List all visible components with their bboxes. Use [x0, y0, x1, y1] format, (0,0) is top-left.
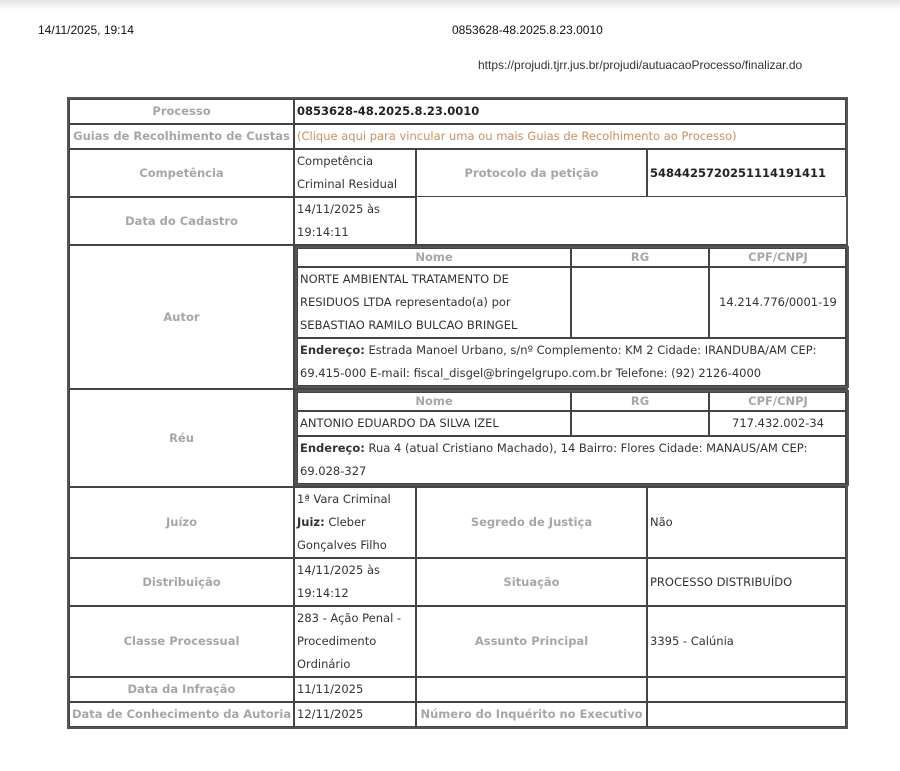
row-cadastro: Data do Cadastro 14/11/2025 às 19:14:11	[69, 197, 846, 245]
reu-name: ANTONIO EDUARDO DA SILVA IZEL	[297, 411, 571, 436]
reu-header-nome: Nome	[297, 392, 571, 411]
competencia-label: Competência	[69, 149, 294, 197]
distribuicao-label: Distribuição	[69, 558, 294, 606]
row-juizo: Juízo 1ª Vara Criminal Juiz: Cleber Gonç…	[69, 487, 846, 558]
situacao-value: PROCESSO DISTRIBUÍDO	[647, 558, 846, 606]
infracao-label: Data da Infração	[69, 677, 294, 702]
autor-label: Autor	[69, 245, 294, 389]
guias-label: Guias de Recolhimento de Custas	[69, 124, 294, 149]
autor-address: Endereço: Estrada Manoel Urbano, s/nº Co…	[297, 338, 847, 386]
reu-header-rg: RG	[571, 392, 709, 411]
inquerito-label: Número do Inquérito no Executivo	[416, 702, 647, 727]
situacao-label: Situação	[416, 558, 647, 606]
print-url: https://projudi.tjrr.jus.br/projudi/autu…	[478, 58, 802, 72]
juizo-value: 1ª Vara Criminal Juiz: Cleber Gonçalves …	[294, 487, 416, 558]
juizo-juiz: Juiz: Cleber Gonçalves Filho	[297, 511, 413, 557]
autor-parties: Nome RG CPF/CNPJ NORTE AMBIENTAL TRATAME…	[294, 245, 846, 389]
processo-label: Processo	[69, 99, 294, 124]
autor-header-cpf: CPF/CNPJ	[709, 248, 847, 267]
print-datetime: 14/11/2025, 19:14	[38, 23, 134, 37]
guias-link[interactable]: (Clique aqui para vincular uma ou mais G…	[294, 124, 846, 149]
reu-address-label: Endereço:	[300, 441, 365, 455]
autor-address-label: Endereço:	[300, 343, 365, 357]
row-autor: Autor Nome RG CPF/CNPJ NORTE AMBIENTAL T…	[69, 245, 846, 389]
row-competencia: Competência Competência Criminal Residua…	[69, 149, 846, 197]
infracao-empty-1	[416, 677, 647, 702]
row-reu: Réu Nome RG CPF/CNPJ ANTONIO EDUARDO DA …	[69, 389, 846, 487]
autor-address-text: Estrada Manoel Urbano, s/nº Complemento:…	[300, 343, 817, 380]
inquerito-value	[647, 702, 846, 727]
reu-label: Réu	[69, 389, 294, 487]
print-document-title: 0853628-48.2025.8.23.0010	[452, 23, 603, 37]
reu-header-cpf: CPF/CNPJ	[709, 392, 847, 411]
reu-address: Endereço: Rua 4 (atual Cristiano Machado…	[297, 436, 847, 484]
autor-party-table: Nome RG CPF/CNPJ NORTE AMBIENTAL TRATAME…	[295, 246, 849, 388]
autor-rg	[571, 267, 709, 338]
assunto-value: 3395 - Calúnia	[647, 606, 846, 677]
cadastro-label: Data do Cadastro	[69, 197, 294, 245]
classe-label: Classe Processual	[69, 606, 294, 677]
reu-address-text: Rua 4 (atual Cristiano Machado), 14 Bair…	[300, 441, 808, 478]
segredo-value: Não	[647, 487, 846, 558]
cadastro-value: 14/11/2025 às 19:14:11	[294, 197, 416, 245]
competencia-value: Competência Criminal Residual	[294, 149, 416, 197]
row-classe: Classe Processual 283 - Ação Penal - Pro…	[69, 606, 846, 677]
reu-party-table: Nome RG CPF/CNPJ ANTONIO EDUARDO DA SILV…	[295, 390, 849, 486]
autor-name-line2: RESIDUOS LTDA representado(a) por	[300, 291, 568, 314]
infracao-empty-2	[647, 677, 846, 702]
row-guias: Guias de Recolhimento de Custas (Clique …	[69, 124, 846, 149]
autoria-value: 12/11/2025	[294, 702, 416, 727]
row-autoria: Data de Conhecimento da Autoria 12/11/20…	[69, 702, 846, 727]
competencia-value-line1: Competência	[297, 150, 413, 173]
cadastro-value-line1: 14/11/2025 às	[297, 198, 413, 221]
juizo-label: Juízo	[69, 487, 294, 558]
autor-name-line1: NORTE AMBIENTAL TRATAMENTO DE	[300, 268, 568, 291]
reu-parties: Nome RG CPF/CNPJ ANTONIO EDUARDO DA SILV…	[294, 389, 846, 487]
infracao-value: 11/11/2025	[294, 677, 416, 702]
distribuicao-value-line1: 14/11/2025 às	[297, 559, 413, 582]
distribuicao-value: 14/11/2025 às 19:14:12	[294, 558, 416, 606]
juiz-label: Juiz:	[297, 515, 325, 529]
cadastro-value-line2: 19:14:11	[297, 221, 413, 244]
protocolo-label: Protocolo da petição	[416, 149, 647, 197]
segredo-label: Segredo de Justiça	[416, 487, 647, 558]
processo-value: 0853628-48.2025.8.23.0010	[294, 99, 846, 124]
autor-header-nome: Nome	[297, 248, 571, 267]
autor-cpf-cnpj: 14.214.776/0001-19	[709, 267, 847, 338]
assunto-label: Assunto Principal	[416, 606, 647, 677]
process-details-table: Processo 0853628-48.2025.8.23.0010 Guias…	[67, 97, 848, 729]
cadastro-empty	[416, 197, 846, 245]
reu-rg	[571, 411, 709, 436]
juizo-vara: 1ª Vara Criminal	[297, 488, 413, 511]
autor-name: NORTE AMBIENTAL TRATAMENTO DE RESIDUOS L…	[297, 267, 571, 338]
row-infracao: Data da Infração 11/11/2025	[69, 677, 846, 702]
row-processo: Processo 0853628-48.2025.8.23.0010	[69, 99, 846, 124]
protocolo-value: 548442572025111419141​1	[647, 149, 846, 197]
top-shade	[0, 0, 900, 10]
row-distribuicao: Distribuição 14/11/2025 às 19:14:12 Situ…	[69, 558, 846, 606]
autoria-label: Data de Conhecimento da Autoria	[69, 702, 294, 727]
autor-header-rg: RG	[571, 248, 709, 267]
reu-cpf-cnpj: 717.432.002-34	[709, 411, 847, 436]
distribuicao-value-line2: 19:14:12	[297, 582, 413, 605]
classe-value: 283 - Ação Penal - Procedimento Ordinári…	[294, 606, 416, 677]
autor-name-line3: SEBASTIAO RAMILO BULCAO BRINGEL	[300, 314, 568, 337]
competencia-value-line2: Criminal Residual	[297, 173, 413, 196]
